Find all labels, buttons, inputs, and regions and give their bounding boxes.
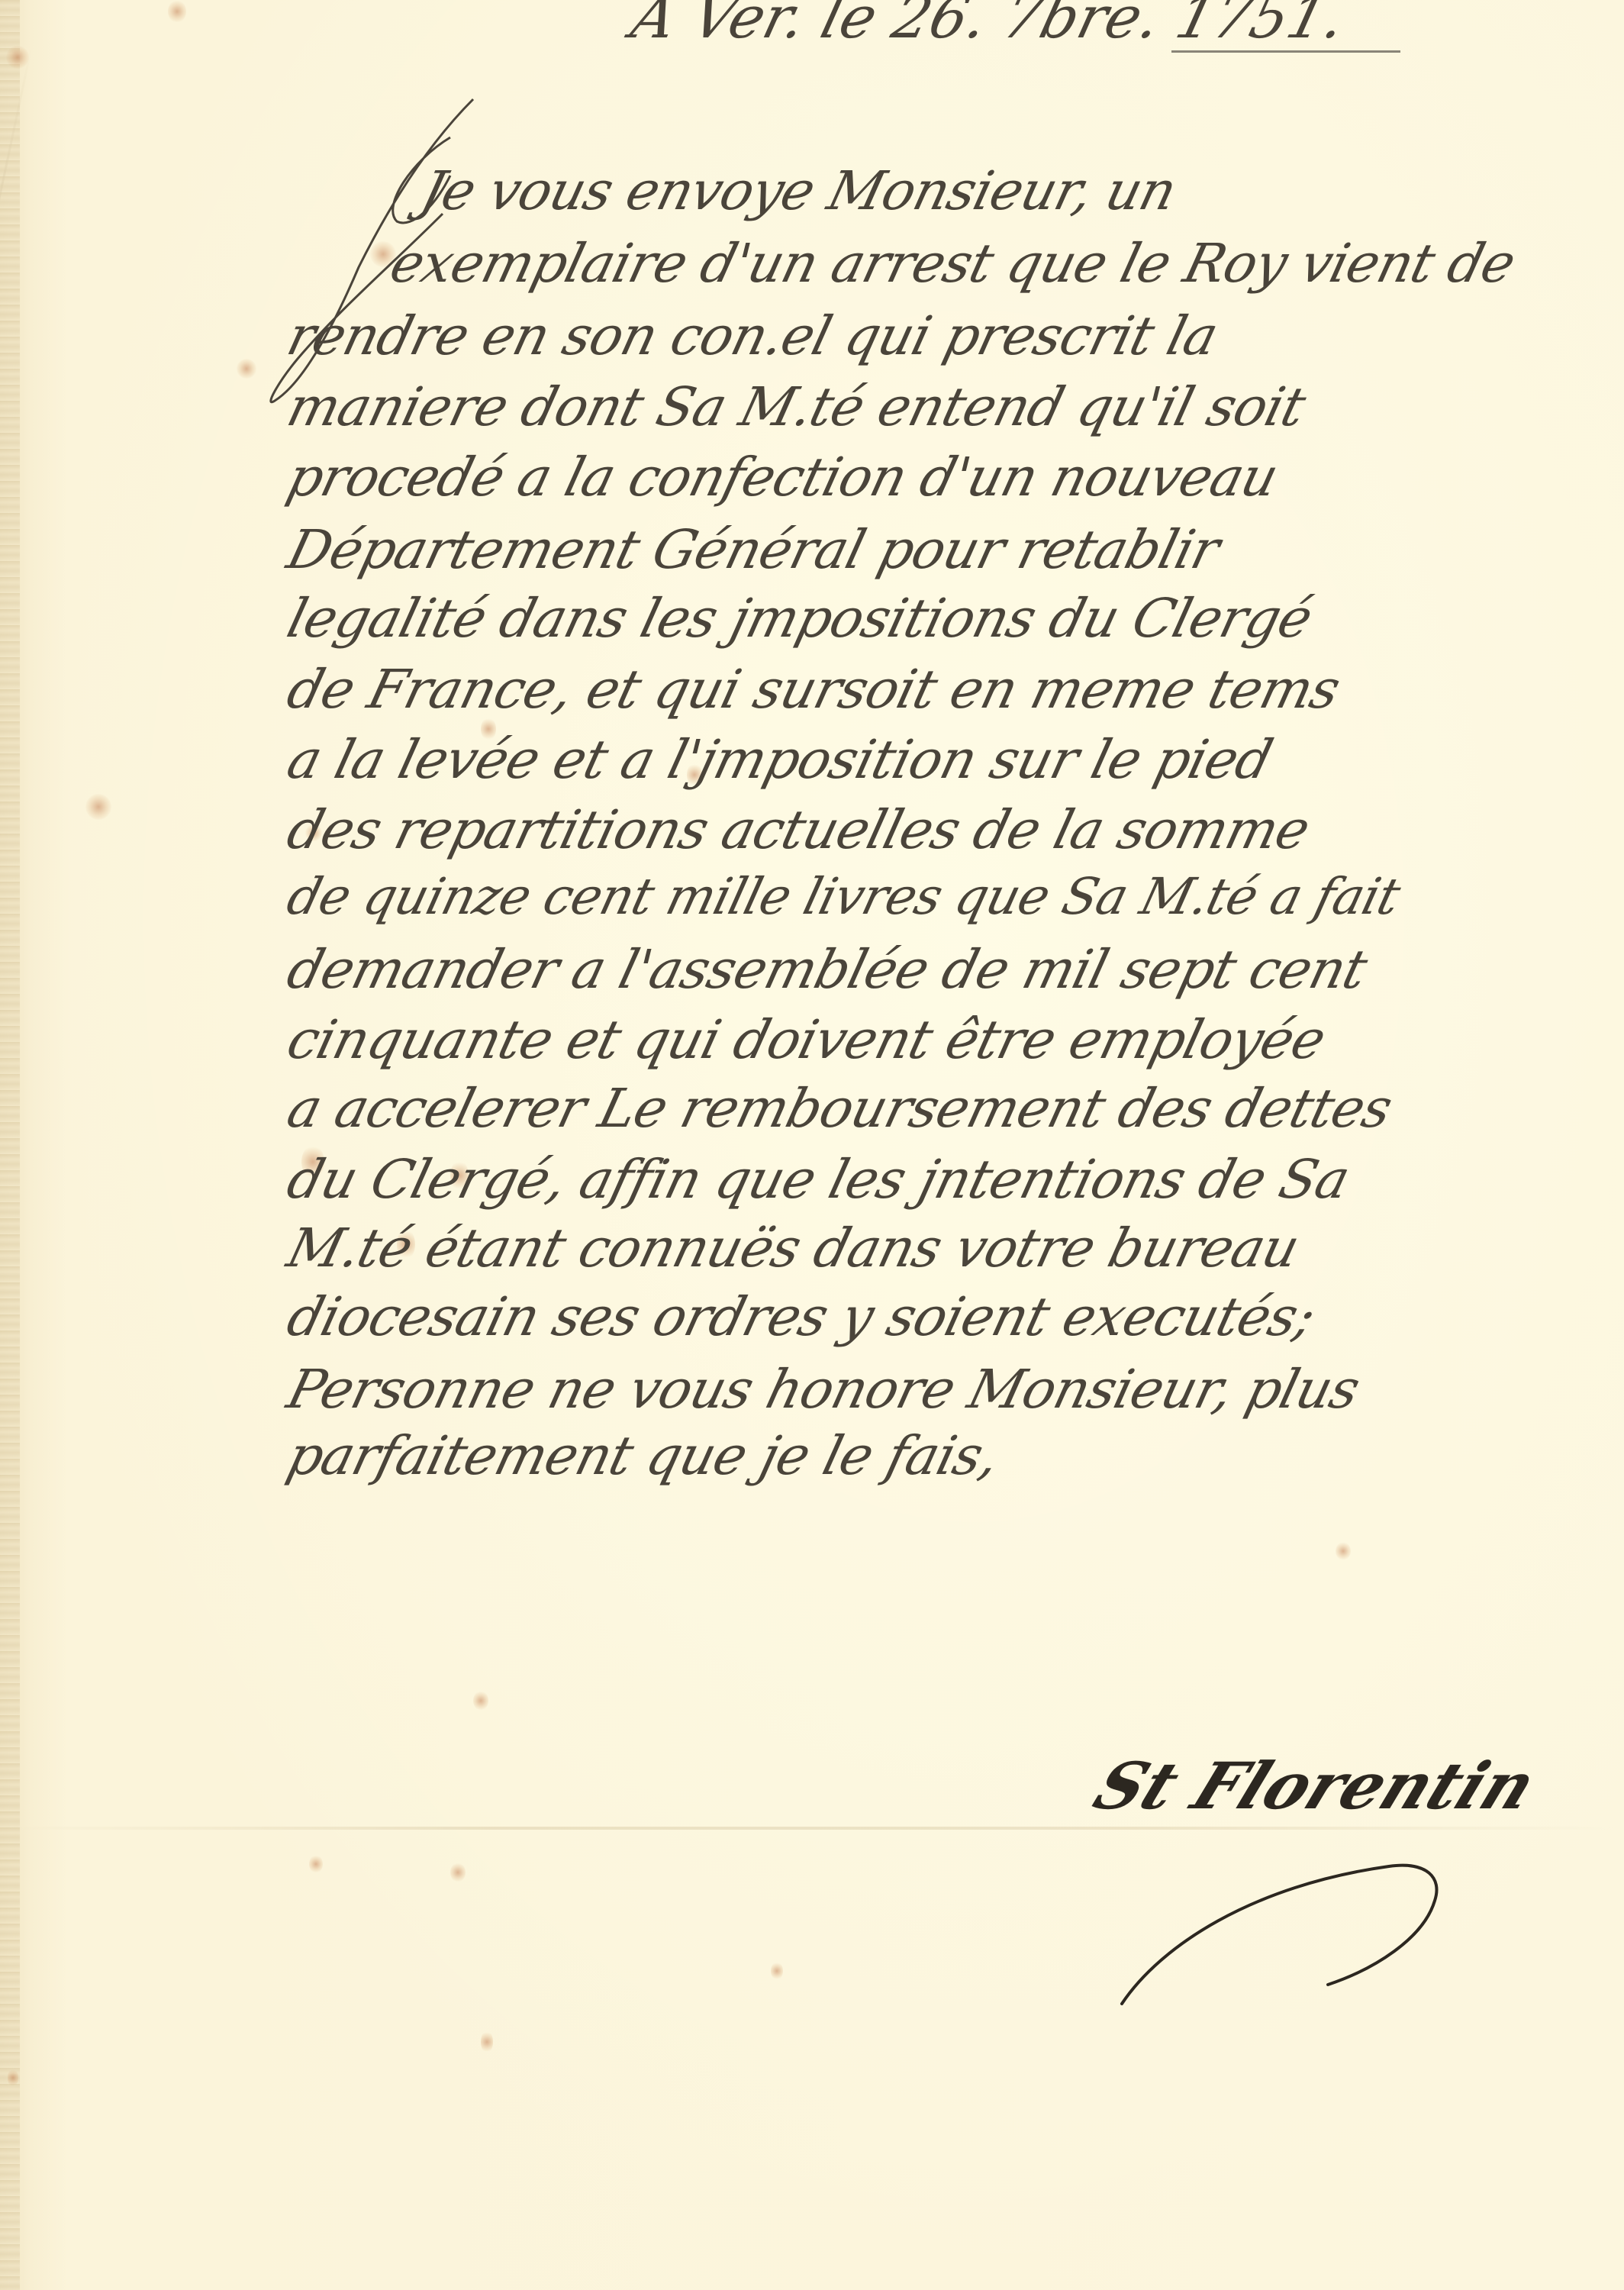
foxing-spot — [6, 46, 29, 69]
letter-line: procedé a la confection d'un nouveau — [282, 450, 1283, 504]
foxing-spot — [481, 2030, 493, 2053]
paper-fold-line — [0, 1827, 1624, 1830]
foxing-spot — [473, 1691, 488, 1711]
foxing-spot — [85, 794, 111, 820]
letter-line: rendre en son con.el qui prescrit la — [282, 309, 1223, 363]
foxing-spot — [450, 1863, 466, 1882]
letter-line: legalité dans les jmpositions du Clergé — [282, 592, 1317, 645]
letter-line: M.té étant connuës dans votre bureau — [282, 1221, 1303, 1275]
letter-date-header: A Ver. le 26. 7bre. 1751. — [625, 0, 1352, 51]
letter-line: Je vous envoye Monsieur, un — [416, 164, 1181, 218]
letter-line: du Clergé, affin que les jntentions de S… — [282, 1153, 1355, 1206]
letter-line: a accelerer Le remboursement des dettes — [282, 1082, 1397, 1135]
letter-line: Personne ne vous honore Monsieur, plus — [282, 1363, 1365, 1416]
foxing-spot — [309, 1855, 323, 1873]
header-underline — [1171, 50, 1400, 53]
foxing-spot — [168, 0, 186, 23]
foxing-spot — [771, 1962, 783, 1980]
letter-line: demander a l'assemblée de mil sept cent — [282, 943, 1371, 996]
foxing-spot — [8, 2069, 18, 2087]
letter-line: a la levée et a l'jmposition sur le pied — [282, 733, 1277, 786]
letter-line: cinquante et qui doivent être employée — [282, 1013, 1330, 1066]
letter-line: de quinze cent mille livres que Sa M.té … — [282, 872, 1404, 922]
foxing-spot — [1336, 1542, 1351, 1560]
signature-paraph-flourish — [1099, 1855, 1481, 2008]
letter-line: maniere dont Sa M.té entend qu'il soit — [282, 380, 1310, 434]
letter-line: diocesain ses ordres y soient executés; — [282, 1290, 1320, 1343]
letter-line: des repartitions actuelles de la somme — [282, 803, 1314, 856]
foxing-spot — [237, 359, 256, 379]
signature: St Florentin — [1084, 1748, 1547, 1824]
letter-line: de France, et qui sursoit en meme tems — [282, 663, 1345, 716]
letter-line: parfaitement que je le fais, — [282, 1429, 1004, 1482]
torn-left-edge — [0, 0, 20, 2290]
letter-line: exemplaire d'un arrest que le Roy vient … — [385, 237, 1520, 290]
letter-line: Département Général pour retablir — [282, 523, 1224, 576]
